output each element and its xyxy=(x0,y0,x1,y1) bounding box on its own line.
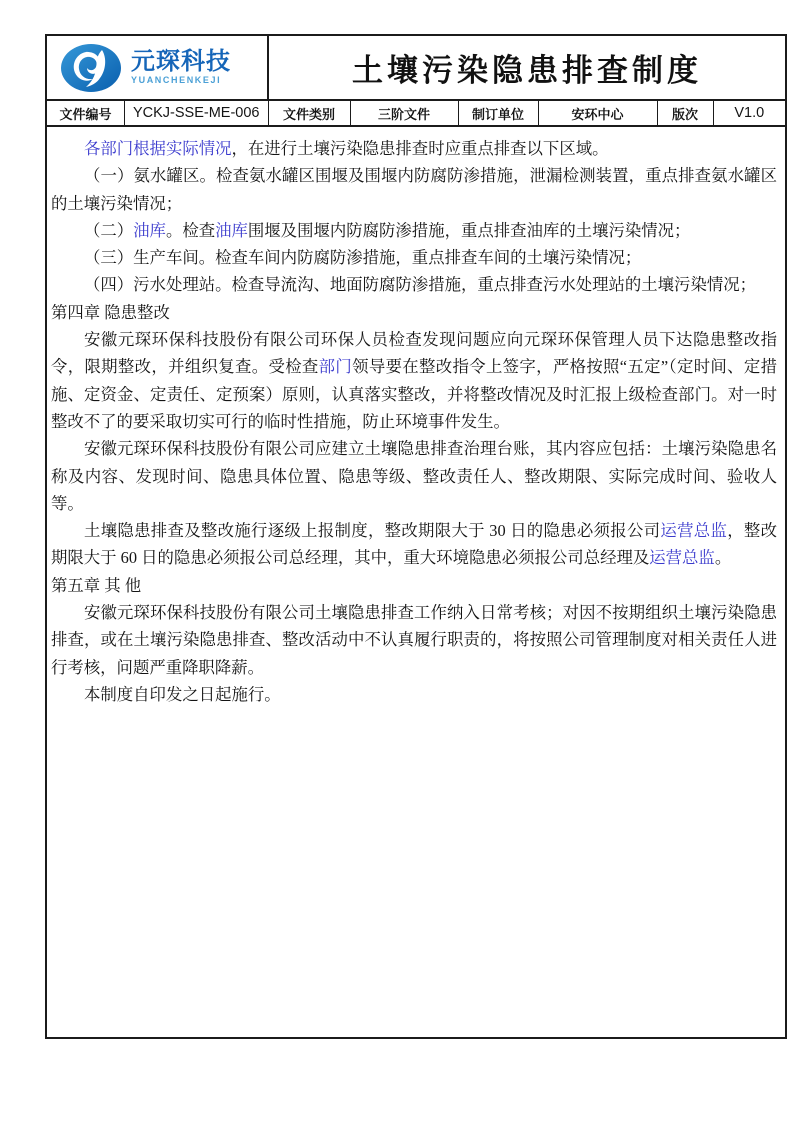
text-run: （四）污水处理站。检查导流沟、地面防腐防渗措施，重点排查污水处理站的土壤污染情况… xyxy=(84,275,756,294)
section-heading: 第五章 其 他 xyxy=(51,572,777,599)
text-run: 土壤隐患排查及整改施行逐级上报制度，整改期限大于 30 日的隐患必须报公司 xyxy=(84,521,660,540)
company-name: 元琛科技 xyxy=(131,50,231,74)
paragraph: （二）油库。检查油库围堰及围堰内防腐防渗措施，重点排查油库的土壤污染情况； xyxy=(51,217,777,244)
doc-number-label: 文件编号 xyxy=(47,101,125,125)
doc-category-value: 三阶文件 xyxy=(351,101,459,125)
company-logo-icon xyxy=(60,43,122,93)
doc-number-value: YCKJ-SSE-ME-006 xyxy=(125,101,269,125)
meta-row: 文件编号 YCKJ-SSE-ME-006 文件类别 三阶文件 制订单位 安环中心… xyxy=(47,101,785,127)
paragraph: （一）氨水罐区。检查氨水罐区围堰及围堰内防腐防渗措施，泄漏检测装置，重点排查氨水… xyxy=(51,162,777,217)
highlighted-text: 部门 xyxy=(319,357,352,376)
document-page: 元琛科技 YUANCHENKEJI 土壤污染隐患排查制度 文件编号 YCKJ-S… xyxy=(0,0,800,1132)
highlighted-text: 油库 xyxy=(133,221,166,240)
highlighted-text: 油库 xyxy=(215,221,248,240)
text-run: ，在进行土壤污染隐患排查时应重点排查以下区域。 xyxy=(232,139,609,158)
doc-category-label: 文件类别 xyxy=(269,101,351,125)
paragraph: 土壤隐患排查及整改施行逐级上报制度，整改期限大于 30 日的隐患必须报公司运营总… xyxy=(51,517,777,572)
version-value: V1.0 xyxy=(714,101,786,125)
company-wordmark: 元琛科技 YUANCHENKEJI xyxy=(131,50,231,85)
text-run: 本制度自印发之日起施行。 xyxy=(84,685,281,704)
text-run: 。 xyxy=(715,548,731,567)
text-run: 安徽元琛环保科技股份有限公司应建立土壤隐患排查治理台账，其内容应包括：土壤污染隐… xyxy=(51,439,777,513)
body-text: 各部门根据实际情况，在进行土壤污染隐患排查时应重点排查以下区域。（一）氨水罐区。… xyxy=(47,127,785,708)
document-frame: 元琛科技 YUANCHENKEJI 土壤污染隐患排查制度 文件编号 YCKJ-S… xyxy=(45,34,787,1039)
highlighted-text: 各部门根据实际情况 xyxy=(84,139,232,158)
header-row: 元琛科技 YUANCHENKEJI 土壤污染隐患排查制度 xyxy=(47,36,785,101)
text-run: 安徽元琛环保科技股份有限公司土壤隐患排查工作纳入日常考核；对因不按期组织土壤污染… xyxy=(51,603,777,677)
section-heading: 第四章 隐患整改 xyxy=(51,299,777,326)
paragraph: 安徽元琛环保科技股份有限公司土壤隐患排查工作纳入日常考核；对因不按期组织土壤污染… xyxy=(51,599,777,681)
text-run: 第五章 其 他 xyxy=(51,576,141,595)
text-run: 。检查 xyxy=(166,221,215,240)
text-run: （一）氨水罐区。检查氨水罐区围堰及围堰内防腐防渗措施，泄漏检测装置，重点排查氨水… xyxy=(51,166,777,212)
paragraph: 安徽元琛环保科技股份有限公司应建立土壤隐患排查治理台账，其内容应包括：土壤污染隐… xyxy=(51,435,777,517)
highlighted-text: 运营总监 xyxy=(660,521,727,540)
paragraph: 安徽元琛环保科技股份有限公司环保人员检查发现问题应向元琛环保管理人员下达隐患整改… xyxy=(51,326,777,435)
paragraph: 本制度自印发之日起施行。 xyxy=(51,681,777,708)
text-run: 围堰及围堰内防腐防渗措施，重点排查油库的土壤污染情况； xyxy=(248,221,691,240)
issuing-unit-value: 安环中心 xyxy=(539,101,658,125)
text-run: （三）生产车间。检查车间内防腐防渗措施，重点排查车间的土壤污染情况； xyxy=(84,248,641,267)
paragraph: （三）生产车间。检查车间内防腐防渗措施，重点排查车间的土壤污染情况； xyxy=(51,244,777,271)
highlighted-text: 运营总监 xyxy=(649,548,715,567)
document-title: 土壤污染隐患排查制度 xyxy=(269,36,785,99)
issuing-unit-label: 制订单位 xyxy=(459,101,539,125)
version-label: 版次 xyxy=(658,101,714,125)
paragraph: 各部门根据实际情况，在进行土壤污染隐患排查时应重点排查以下区域。 xyxy=(51,135,777,162)
paragraph: （四）污水处理站。检查导流沟、地面防腐防渗措施，重点排查污水处理站的土壤污染情况… xyxy=(51,271,777,298)
text-run: （二） xyxy=(84,221,133,240)
company-name-en: YUANCHENKEJI xyxy=(131,76,231,85)
text-run: 第四章 隐患整改 xyxy=(51,303,170,322)
company-logo: 元琛科技 YUANCHENKEJI xyxy=(47,36,269,99)
